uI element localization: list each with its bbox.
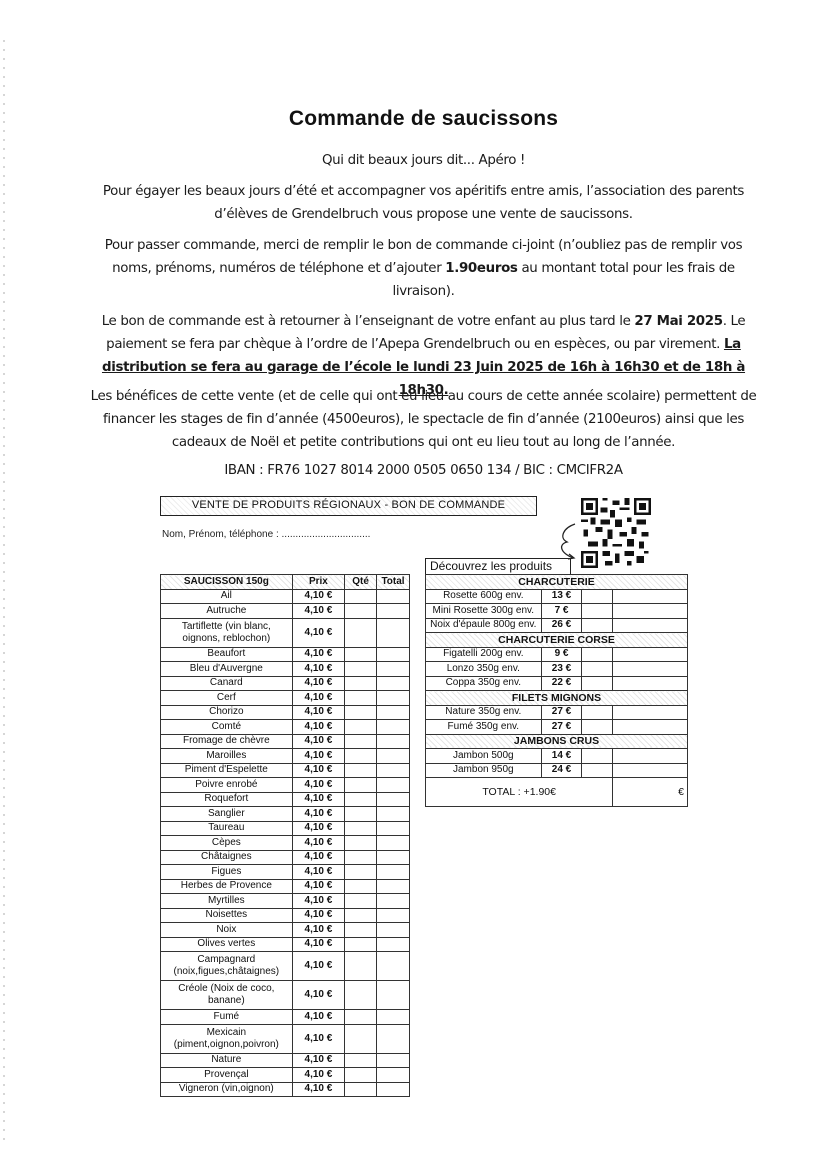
product-price: 26 € xyxy=(541,618,582,633)
table-row: Coppa 350g env.22 € xyxy=(426,676,688,691)
section-title: CHARCUTERIE xyxy=(426,575,688,590)
quantity-field[interactable] xyxy=(345,821,377,836)
table-row: Vigneron (vin,oignon)4,10 € xyxy=(161,1082,410,1097)
total-field[interactable] xyxy=(377,1024,410,1053)
grand-total-field[interactable]: € xyxy=(613,778,688,807)
table-row: Bleu d'Auvergne4,10 € xyxy=(161,662,410,677)
total-field[interactable] xyxy=(377,1010,410,1025)
total-field[interactable] xyxy=(377,676,410,691)
total-field[interactable] xyxy=(377,691,410,706)
quantity-field[interactable] xyxy=(345,604,377,619)
product-name: Bleu d'Auvergne xyxy=(161,662,293,677)
quantity-field[interactable] xyxy=(582,676,613,691)
product-name: Ail xyxy=(161,589,293,604)
total-field[interactable] xyxy=(613,676,688,691)
product-name: Taureau xyxy=(161,821,293,836)
quantity-field[interactable] xyxy=(582,647,613,662)
total-field[interactable] xyxy=(377,836,410,851)
discover-products-link[interactable]: Découvrez les produits xyxy=(425,558,571,574)
product-price: 27 € xyxy=(541,720,582,735)
tagline: Qui dit beaux jours dit... Apéro ! xyxy=(85,149,762,172)
product-name: Roquefort xyxy=(161,792,293,807)
product-name: Noix d'épaule 800g env. xyxy=(426,618,542,633)
product-name: Noix xyxy=(161,923,293,938)
total-field[interactable] xyxy=(613,604,688,619)
quantity-field[interactable] xyxy=(345,691,377,706)
product-name: Jambon 950g xyxy=(426,763,542,778)
column-header-quantity: Qté xyxy=(345,575,377,590)
table-row: Tartiflette (vin blanc, oignons, rebloch… xyxy=(161,618,410,647)
product-price: 7 € xyxy=(541,604,582,619)
total-field[interactable] xyxy=(613,618,688,633)
total-field[interactable] xyxy=(377,879,410,894)
quantity-field[interactable] xyxy=(345,1082,377,1097)
table-row: Campagnard (noix,figues,châtaignes)4,10 … xyxy=(161,952,410,981)
quantity-field[interactable] xyxy=(582,662,613,677)
table-row: Cèpes4,10 € xyxy=(161,836,410,851)
column-header-price: Prix xyxy=(292,575,345,590)
total-field[interactable] xyxy=(377,778,410,793)
column-header-product: SAUCISSON 150g xyxy=(161,575,293,590)
table-row: Sanglier4,10 € xyxy=(161,807,410,822)
product-price: 4,10 € xyxy=(292,894,345,909)
quantity-field[interactable] xyxy=(345,850,377,865)
product-name: Canard xyxy=(161,676,293,691)
table-row: Noix d'épaule 800g env.26 € xyxy=(426,618,688,633)
total-field[interactable] xyxy=(613,589,688,604)
scan-artifact xyxy=(3,40,5,1140)
product-name: Châtaignes xyxy=(161,850,293,865)
product-price: 14 € xyxy=(541,749,582,764)
other-products-table: CHARCUTERIERosette 600g env.13 €Mini Ros… xyxy=(425,574,688,807)
table-header: SAUCISSON 150gPrixQtéTotal xyxy=(161,575,410,590)
product-name: Cerf xyxy=(161,691,293,706)
table-row: Myrtilles4,10 € xyxy=(161,894,410,909)
table-row: Fumé 350g env.27 € xyxy=(426,720,688,735)
product-name: Chorizo xyxy=(161,705,293,720)
product-price: 4,10 € xyxy=(292,749,345,764)
product-price: 13 € xyxy=(541,589,582,604)
benefits-paragraph: Les bénéfices de cette vente (et de cell… xyxy=(85,385,762,454)
total-field[interactable] xyxy=(377,792,410,807)
product-name: Campagnard (noix,figues,châtaignes) xyxy=(161,952,293,981)
table-row: Nature 350g env.27 € xyxy=(426,705,688,720)
quantity-field[interactable] xyxy=(345,1053,377,1068)
product-name: Jambon 500g xyxy=(426,749,542,764)
total-field[interactable] xyxy=(377,952,410,981)
quantity-field[interactable] xyxy=(345,894,377,909)
table-row: Rosette 600g env.13 € xyxy=(426,589,688,604)
table-row: Mexicain (piment,oignon,poivron)4,10 € xyxy=(161,1024,410,1053)
table-row: Fromage de chèvre4,10 € xyxy=(161,734,410,749)
product-price: 22 € xyxy=(541,676,582,691)
product-name: Fromage de chèvre xyxy=(161,734,293,749)
total-field[interactable] xyxy=(613,662,688,677)
section-title: CHARCUTERIE CORSE xyxy=(426,633,688,648)
quantity-field[interactable] xyxy=(345,647,377,662)
quantity-field[interactable] xyxy=(345,908,377,923)
total-field[interactable] xyxy=(377,821,410,836)
total-field[interactable] xyxy=(377,618,410,647)
order-form-banner: VENTE DE PRODUITS RÉGIONAUX - BON DE COM… xyxy=(160,496,537,516)
product-price: 27 € xyxy=(541,705,582,720)
quantity-field[interactable] xyxy=(345,1010,377,1025)
quantity-field[interactable] xyxy=(345,720,377,735)
total-field[interactable] xyxy=(613,720,688,735)
section-header: JAMBONS CRUS xyxy=(426,734,688,749)
table-row: Jambon 950g24 € xyxy=(426,763,688,778)
quantity-field[interactable] xyxy=(345,937,377,952)
quantity-field[interactable] xyxy=(345,923,377,938)
name-phone-field[interactable]: Nom, Prénom, téléphone : ...............… xyxy=(162,529,370,540)
total-field[interactable] xyxy=(377,662,410,677)
table-row: Figatelli 200g env.9 € xyxy=(426,647,688,662)
product-name: Figues xyxy=(161,865,293,880)
quantity-field[interactable] xyxy=(582,705,613,720)
quantity-field[interactable] xyxy=(345,749,377,764)
total-field[interactable] xyxy=(377,908,410,923)
quantity-field[interactable] xyxy=(345,676,377,691)
total-field[interactable] xyxy=(377,720,410,735)
table-row: Provençal4,10 € xyxy=(161,1068,410,1083)
product-price: 4,10 € xyxy=(292,676,345,691)
deadline-date: 27 Mai 2025 xyxy=(634,314,722,329)
quantity-field[interactable] xyxy=(582,749,613,764)
total-field[interactable] xyxy=(377,1068,410,1083)
total-field[interactable] xyxy=(377,749,410,764)
product-name: Myrtilles xyxy=(161,894,293,909)
quantity-field[interactable] xyxy=(345,879,377,894)
page-title: Commande de saucissons xyxy=(0,107,827,131)
total-field[interactable] xyxy=(613,705,688,720)
total-field[interactable] xyxy=(377,981,410,1010)
product-price: 24 € xyxy=(541,763,582,778)
product-price: 4,10 € xyxy=(292,850,345,865)
product-price: 4,10 € xyxy=(292,705,345,720)
table-row: Mini Rosette 300g env.7 € xyxy=(426,604,688,619)
product-name: Olives vertes xyxy=(161,937,293,952)
product-name: Maroilles xyxy=(161,749,293,764)
product-name: Autruche xyxy=(161,604,293,619)
product-name: Comté xyxy=(161,720,293,735)
total-field[interactable] xyxy=(377,1082,410,1097)
table-row: Ail4,10 € xyxy=(161,589,410,604)
delivery-fee: 1.90euros xyxy=(445,261,517,276)
table-row: Créole (Noix de coco, banane)4,10 € xyxy=(161,981,410,1010)
qr-code-icon[interactable] xyxy=(580,498,652,568)
table-row: Châtaignes4,10 € xyxy=(161,850,410,865)
table-row: Taureau4,10 € xyxy=(161,821,410,836)
column-header-total: Total xyxy=(377,575,410,590)
table-row: Noisettes4,10 € xyxy=(161,908,410,923)
table-row: Piment d'Espelette4,10 € xyxy=(161,763,410,778)
product-price: 4,10 € xyxy=(292,647,345,662)
product-name: Sanglier xyxy=(161,807,293,822)
section-title: JAMBONS CRUS xyxy=(426,734,688,749)
product-name: Lonzo 350g env. xyxy=(426,662,542,677)
product-name: Provençal xyxy=(161,1068,293,1083)
product-name: Herbes de Provence xyxy=(161,879,293,894)
total-field[interactable] xyxy=(613,763,688,778)
product-name: Noisettes xyxy=(161,908,293,923)
product-name: Tartiflette (vin blanc, oignons, rebloch… xyxy=(161,618,293,647)
product-price: 4,10 € xyxy=(292,763,345,778)
product-price: 4,10 € xyxy=(292,821,345,836)
table-row: Canard4,10 € xyxy=(161,676,410,691)
product-price: 4,10 € xyxy=(292,792,345,807)
quantity-field[interactable] xyxy=(345,792,377,807)
section-title: FILETS MIGNONS xyxy=(426,691,688,706)
product-price: 4,10 € xyxy=(292,923,345,938)
product-price: 4,10 € xyxy=(292,691,345,706)
quantity-field[interactable] xyxy=(345,618,377,647)
intro-paragraph: Pour égayer les beaux jours d’été et acc… xyxy=(85,180,762,226)
total-field[interactable] xyxy=(377,807,410,822)
quantity-field[interactable] xyxy=(345,1068,377,1083)
product-price: 4,10 € xyxy=(292,1053,345,1068)
quantity-field[interactable] xyxy=(345,589,377,604)
table-row: Noix4,10 € xyxy=(161,923,410,938)
quantity-field[interactable] xyxy=(345,763,377,778)
product-price: 4,10 € xyxy=(292,952,345,981)
product-price: 4,10 € xyxy=(292,734,345,749)
quantity-field[interactable] xyxy=(345,952,377,981)
product-name: Beaufort xyxy=(161,647,293,662)
product-name: Nature xyxy=(161,1053,293,1068)
product-price: 4,10 € xyxy=(292,589,345,604)
total-field[interactable] xyxy=(377,1053,410,1068)
product-price: 9 € xyxy=(541,647,582,662)
total-field[interactable] xyxy=(377,894,410,909)
quantity-field[interactable] xyxy=(345,778,377,793)
quantity-field[interactable] xyxy=(582,618,613,633)
product-name: Rosette 600g env. xyxy=(426,589,542,604)
table-row: Poivre enrobé4,10 € xyxy=(161,778,410,793)
product-name: Poivre enrobé xyxy=(161,778,293,793)
product-price: 4,10 € xyxy=(292,1082,345,1097)
table-row: Autruche4,10 € xyxy=(161,604,410,619)
product-price: 23 € xyxy=(541,662,582,677)
table-row: Figues4,10 € xyxy=(161,865,410,880)
section-header: CHARCUTERIE CORSE xyxy=(426,633,688,648)
total-field[interactable] xyxy=(377,937,410,952)
product-price: 4,10 € xyxy=(292,1068,345,1083)
table-row: Maroilles4,10 € xyxy=(161,749,410,764)
arrow-icon xyxy=(553,520,583,560)
product-name: Mexicain (piment,oignon,poivron) xyxy=(161,1024,293,1053)
quantity-field[interactable] xyxy=(582,720,613,735)
quantity-field[interactable] xyxy=(582,763,613,778)
table-row: Olives vertes4,10 € xyxy=(161,937,410,952)
product-price: 4,10 € xyxy=(292,865,345,880)
product-name: Piment d'Espelette xyxy=(161,763,293,778)
total-field[interactable] xyxy=(377,865,410,880)
product-price: 4,10 € xyxy=(292,1024,345,1053)
product-name: Nature 350g env. xyxy=(426,705,542,720)
product-name: Figatelli 200g env. xyxy=(426,647,542,662)
table-row: Nature4,10 € xyxy=(161,1053,410,1068)
product-price: 4,10 € xyxy=(292,720,345,735)
table-row: Cerf4,10 € xyxy=(161,691,410,706)
bank-details: IBAN : FR76 1027 8014 2000 0505 0650 134… xyxy=(85,459,762,482)
product-price: 4,10 € xyxy=(292,1010,345,1025)
total-field[interactable] xyxy=(377,647,410,662)
total-field[interactable] xyxy=(377,705,410,720)
product-name: Fumé xyxy=(161,1010,293,1025)
quantity-field[interactable] xyxy=(582,604,613,619)
total-field[interactable] xyxy=(377,604,410,619)
product-price: 4,10 € xyxy=(292,879,345,894)
product-name: Coppa 350g env. xyxy=(426,676,542,691)
total-field[interactable] xyxy=(377,923,410,938)
table-row: Beaufort4,10 € xyxy=(161,647,410,662)
product-price: 4,10 € xyxy=(292,981,345,1010)
quantity-field[interactable] xyxy=(345,981,377,1010)
quantity-field[interactable] xyxy=(345,662,377,677)
total-field[interactable] xyxy=(377,734,410,749)
deadline-text: Le bon de commande est à retourner à l’e… xyxy=(102,314,635,329)
product-name: Créole (Noix de coco, banane) xyxy=(161,981,293,1010)
total-field[interactable] xyxy=(377,589,410,604)
table-row: Herbes de Provence4,10 € xyxy=(161,879,410,894)
product-price: 4,10 € xyxy=(292,807,345,822)
section-header: FILETS MIGNONS xyxy=(426,691,688,706)
total-field[interactable] xyxy=(377,850,410,865)
section-header: CHARCUTERIE xyxy=(426,575,688,590)
product-price: 4,10 € xyxy=(292,618,345,647)
table-row: Comté4,10 € xyxy=(161,720,410,735)
quantity-field[interactable] xyxy=(345,865,377,880)
product-name: Vigneron (vin,oignon) xyxy=(161,1082,293,1097)
saucisson-order-table: SAUCISSON 150gPrixQtéTotalAil4,10 €Autru… xyxy=(160,574,410,1097)
total-field[interactable] xyxy=(377,763,410,778)
table-row: Fumé4,10 € xyxy=(161,1010,410,1025)
grand-total-label: TOTAL : +1.90€ xyxy=(426,778,613,807)
quantity-field[interactable] xyxy=(345,705,377,720)
total-field[interactable] xyxy=(613,749,688,764)
table-row: Chorizo4,10 € xyxy=(161,705,410,720)
table-row: Roquefort4,10 € xyxy=(161,792,410,807)
product-price: 4,10 € xyxy=(292,836,345,851)
quantity-field[interactable] xyxy=(582,589,613,604)
product-price: 4,10 € xyxy=(292,604,345,619)
product-price: 4,10 € xyxy=(292,937,345,952)
grand-total-row: TOTAL : +1.90€€ xyxy=(426,778,688,807)
table-row: Lonzo 350g env.23 € xyxy=(426,662,688,677)
quantity-field[interactable] xyxy=(345,836,377,851)
quantity-field[interactable] xyxy=(345,1024,377,1053)
product-price: 4,10 € xyxy=(292,662,345,677)
quantity-field[interactable] xyxy=(345,807,377,822)
product-price: 4,10 € xyxy=(292,908,345,923)
product-name: Mini Rosette 300g env. xyxy=(426,604,542,619)
total-field[interactable] xyxy=(613,647,688,662)
quantity-field[interactable] xyxy=(345,734,377,749)
product-price: 4,10 € xyxy=(292,778,345,793)
table-row: Jambon 500g14 € xyxy=(426,749,688,764)
product-name: Cèpes xyxy=(161,836,293,851)
product-name: Fumé 350g env. xyxy=(426,720,542,735)
instructions-paragraph: Pour passer commande, merci de remplir l… xyxy=(85,234,762,303)
